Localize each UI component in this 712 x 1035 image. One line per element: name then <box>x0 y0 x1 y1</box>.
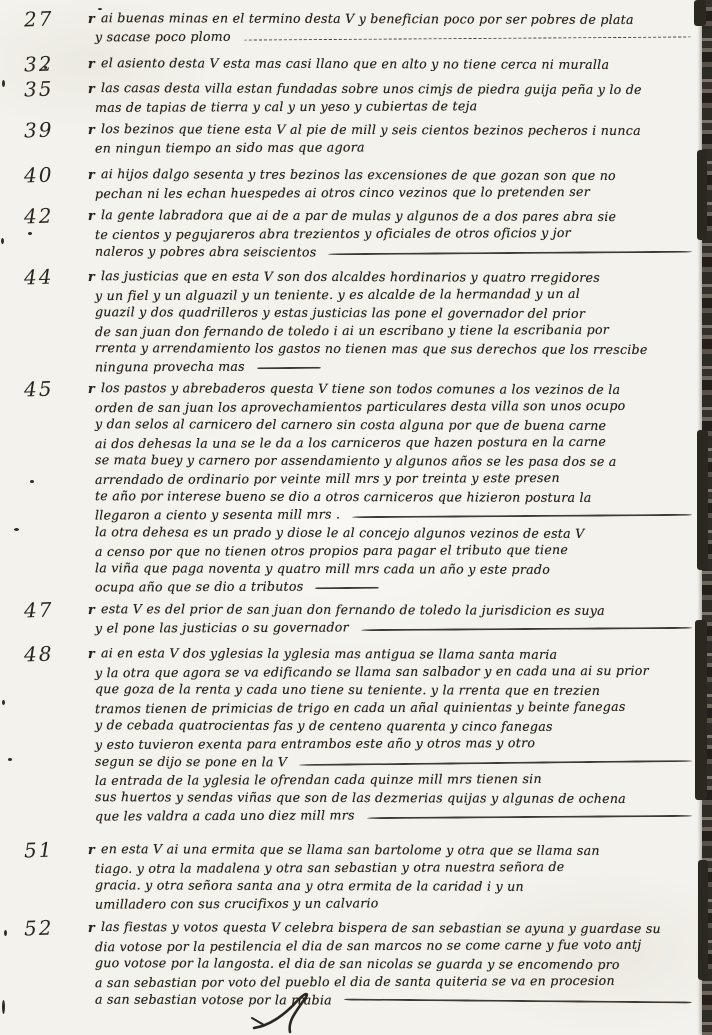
item-number: 48 <box>24 641 54 666</box>
item-number: 32 <box>24 51 54 76</box>
line-text: los bezinos que tiene esta V al pie de m… <box>101 121 641 138</box>
line-text: te año por interese bueno se dio a otros… <box>95 488 592 505</box>
line-text: ninguna provecha mas <box>95 359 245 375</box>
manuscript-line: dia votose por la pestilencia el dia de … <box>95 935 702 953</box>
line-text: a san sebastian por voto del pueblo el d… <box>95 973 615 990</box>
line-text: arrendado de ordinario por veinte mill m… <box>95 470 560 487</box>
manuscript-line: rla gente labradora que ai de a par de m… <box>88 205 702 223</box>
line-text: sus huertos y sendas viñas que son de la… <box>95 789 626 806</box>
item-row: 48rai en esta V dos yglesias la yglesia … <box>0 643 702 823</box>
ink-rule <box>352 514 692 518</box>
manuscript-line: rlas fiestas y votos questa V celebra bi… <box>88 917 702 935</box>
ink-rule <box>367 815 692 819</box>
line-text: la otra dehesa es un prado y diose le al… <box>95 524 585 541</box>
ink-speck <box>28 232 32 235</box>
manuscript-line: rai en esta V dos yglesias la yglesia ma… <box>88 643 702 661</box>
ink-speck <box>8 758 12 761</box>
manuscript-line: rai hijos dalgo sesenta y tres bezinos l… <box>88 164 702 182</box>
ink-speck <box>4 930 7 936</box>
paragraph-mark: r <box>88 269 95 284</box>
line-text: pechan ni les echan huespedes ai otros c… <box>95 184 590 201</box>
line-text: ai en esta V dos yglesias la yglesia mas… <box>101 645 557 662</box>
paragraph-mark: r <box>88 208 95 223</box>
line-text: se mata buey y carnero por assendamiento… <box>95 452 617 469</box>
ink-rule <box>257 367 321 369</box>
manuscript-line: y dan selos al carnicero del carnero sin… <box>95 414 702 432</box>
item-row: 52rlas fiestas y votos questa V celebra … <box>0 917 702 1007</box>
paragraph-mark: r <box>88 167 95 182</box>
paragraph-mark: r <box>88 56 95 71</box>
manuscript-line: naleros y pobres abra seiscientos <box>95 241 702 259</box>
line-text: y un fiel y un alguazil y un teniente. y… <box>95 286 580 303</box>
line-text: de san juan don fernando de toledo i ai … <box>95 322 609 339</box>
manuscript-line: mas de tapias de tierra y cal y un yeso … <box>95 96 702 114</box>
item-row: 35rlas casas desta villa estan fundadas … <box>0 78 702 114</box>
item-row: 42rla gente labradora que ai de a par de… <box>0 205 702 259</box>
item-row: 32rel asiento desta V esta mas casi llan… <box>0 53 702 71</box>
ink-rule <box>361 627 692 631</box>
item-row: 51ren esta V ai una ermita que se llama … <box>0 839 702 911</box>
manuscript-line: pechan ni les echan huespedes ai otros c… <box>95 182 702 200</box>
manuscript-line: guazil y dos quadrilleros y estas justic… <box>95 302 702 320</box>
line-text: segun se dijo se pone en la V <box>95 754 287 770</box>
manuscript-line: ai dos dehesas la una se le da a los car… <box>95 432 702 450</box>
item-number: 52 <box>24 915 54 940</box>
paragraph-mark: r <box>88 81 95 96</box>
item-number: 27 <box>24 6 54 31</box>
paragraph-mark: r <box>88 602 95 617</box>
line-text: ai buenas minas en el termino desta V y … <box>101 10 634 27</box>
line-text: las fiestas y votos questa V celebra bis… <box>101 919 661 936</box>
item-row: 47resta V es del prior de san juan don f… <box>0 599 702 635</box>
manuscript-line: rrenta y arrendamiento los gastos no tie… <box>95 338 702 356</box>
line-text: mas de tapias de tierra y cal y un yeso … <box>95 98 477 115</box>
line-text: que les valdra a cada uno diez mill mrs <box>95 807 355 823</box>
line-text: a censo por que no tienen otros propios … <box>95 542 568 559</box>
manuscript-line: rlas casas desta villa estan fundadas so… <box>88 78 702 96</box>
manuscript-line: la otra dehesa es un prado y diose le al… <box>95 522 702 540</box>
line-text: y esto tuvieron exenta para entrambos es… <box>95 735 535 752</box>
manuscript-line: que goza de la renta y cada uno tiene su… <box>95 679 702 697</box>
item-number: 45 <box>24 376 54 401</box>
manuscript-line: gracia. y otra señora santa ana y otra e… <box>95 875 702 893</box>
manuscript-line: ninguna provecha mas <box>95 356 702 374</box>
manuscript-line: y un fiel y un alguazil y un teniente. y… <box>95 284 702 302</box>
line-text: tiago. y otra la madalena y otra san seb… <box>95 859 565 876</box>
ink-rule <box>299 760 692 766</box>
item-number: 35 <box>24 76 54 101</box>
manuscript-line: y esto tuvieron exenta para entrambos es… <box>95 733 702 751</box>
edge-notch <box>697 430 708 570</box>
manuscript-line: te año por interese bueno se dio a otros… <box>95 486 702 504</box>
item-number: 47 <box>24 597 54 622</box>
ink-speck <box>2 80 5 87</box>
item-row: 45rlos pastos y abrebaderos questa V tie… <box>0 378 702 594</box>
item-number: 44 <box>24 264 54 289</box>
edge-notch <box>695 620 707 800</box>
line-text: ai dos dehesas la una se le da a los car… <box>95 434 606 451</box>
item-row: 44rlas justicias que en esta V son dos a… <box>0 266 702 374</box>
ink-speck <box>14 528 19 531</box>
line-text: tramos tienen de primicias de trigo en c… <box>95 699 626 716</box>
line-text: que goza de la renta y cada uno tiene su… <box>95 681 600 698</box>
paragraph-mark: r <box>88 920 95 935</box>
line-text: ocupa año que se dio a tributos <box>95 579 303 595</box>
line-text: dia votose por la pestilencia el dia de … <box>95 937 641 954</box>
manuscript-line: tiago. y otra la madalena y otra san seb… <box>95 857 702 875</box>
line-text: rrenta y arrendamiento los gastos no tie… <box>95 340 648 357</box>
line-text: y de cebada quatrocientas fas y de cente… <box>95 717 553 734</box>
edge-notch <box>694 0 706 26</box>
manuscript-line: te cientos y pegujareros abra trezientos… <box>95 223 702 241</box>
manuscript-body: 27rai buenas minas en el termino desta V… <box>0 0 702 1007</box>
manuscript-line: segun se dijo se pone en la V <box>95 751 702 769</box>
manuscript-line: rel asiento desta V esta mas casi llano … <box>88 53 702 71</box>
manuscript-page: 27rai buenas minas en el termino desta V… <box>0 0 712 1035</box>
manuscript-line: ren esta V ai una ermita que se llama sa… <box>88 839 702 857</box>
paragraph-mark: r <box>88 122 95 137</box>
line-text: la viña que paga noventa y quatro mill m… <box>95 560 550 577</box>
line-text: las casas desta villa estan fundadas sob… <box>101 80 642 97</box>
manuscript-line: de san juan don fernando de toledo i ai … <box>95 320 702 338</box>
ink-speck <box>30 480 34 483</box>
item-number: 39 <box>24 117 54 142</box>
line-text: te cientos y pegujareros abra trezientos… <box>95 225 571 242</box>
manuscript-line: se mata buey y carnero por assendamiento… <box>95 450 702 468</box>
manuscript-line: arrendado de ordinario por veinte mill m… <box>95 468 702 486</box>
paragraph-mark: r <box>88 842 95 857</box>
manuscript-line: y sacase poco plomo <box>95 26 702 44</box>
manuscript-line: rlas justicias que en esta V son dos alc… <box>88 266 702 284</box>
manuscript-line: que les valdra a cada uno diez mill mrs <box>95 805 702 823</box>
line-text: el asiento desta V esta mas casi llano q… <box>101 55 609 72</box>
line-text: guazil y dos quadrilleros y estas justic… <box>95 304 585 321</box>
manuscript-line: umilladero con sus crucifixos y un calva… <box>95 893 702 911</box>
ink-rule <box>315 587 379 589</box>
paragraph-mark: r <box>88 11 95 26</box>
manuscript-line: resta V es del prior de san juan don fer… <box>88 599 702 617</box>
item-number: 51 <box>24 837 54 862</box>
line-text: guo votose por la langosta. el dia de sa… <box>95 955 620 972</box>
line-text: gracia. y otra señora santa ana y otra e… <box>95 877 524 893</box>
ink-speck <box>1 238 4 244</box>
line-text: y dan selos al carnicero del carnero sin… <box>95 416 606 433</box>
ink-speck <box>98 8 102 10</box>
manuscript-line: guo votose por la langosta. el dia de sa… <box>95 953 702 971</box>
line-text: orden de san juan los aprovechamientos p… <box>95 398 626 415</box>
line-text: naleros y pobres abra seiscientos <box>95 244 317 260</box>
manuscript-line: a san sebastian por voto del pueblo el d… <box>95 971 702 989</box>
item-number: 42 <box>24 203 54 228</box>
manuscript-line: llegaron a ciento y sesenta mill mrs . <box>95 504 702 522</box>
manuscript-line: rai buenas minas en el termino desta V y… <box>88 8 702 26</box>
line-text: la entrada de la yglesia le ofrendan cad… <box>95 771 542 788</box>
manuscript-line: la entrada de la yglesia le ofrendan cad… <box>95 769 702 787</box>
line-text: umilladero con sus crucifixos y un calva… <box>95 895 379 911</box>
manuscript-line: tramos tienen de primicias de trigo en c… <box>95 697 702 715</box>
manuscript-line: sus huertos y sendas viñas que son de la… <box>95 787 702 805</box>
ink-rule <box>243 36 692 40</box>
manuscript-line: rlos bezinos que tiene esta V al pie de … <box>88 119 702 137</box>
line-text: y sacase poco plomo <box>95 29 231 45</box>
manuscript-line: rlos pastos y abrebaderos questa V tiene… <box>88 378 702 396</box>
edge-notch <box>698 860 708 980</box>
ink-rule <box>344 998 692 1003</box>
line-text: en ningun tiempo an sido mas que agora <box>95 139 365 155</box>
line-text: y el pone las justicias o su governador <box>95 619 349 635</box>
manuscript-line: y el pone las justicias o su governador <box>95 617 702 635</box>
paragraph-mark: r <box>88 381 95 396</box>
ink-rule <box>328 251 692 256</box>
manuscript-line: la viña que paga noventa y quatro mill m… <box>95 558 702 576</box>
manuscript-line: ocupa año que se dio a tributos <box>95 576 702 594</box>
paragraph-mark: r <box>88 646 95 661</box>
line-text: y la otra que agora se va edificando se … <box>95 663 649 680</box>
manuscript-line: en ningun tiempo an sido mas que agora <box>95 137 702 155</box>
line-text: en esta V ai una ermita que se llama san… <box>101 841 600 858</box>
line-text: las justicias que en esta V son dos alca… <box>101 268 600 285</box>
manuscript-line: orden de san juan los aprovechamientos p… <box>95 396 702 414</box>
item-row: 27rai buenas minas en el termino desta V… <box>0 8 702 44</box>
line-text: los pastos y abrebaderos questa V tiene … <box>101 380 620 397</box>
edge-notch <box>697 150 707 240</box>
ink-speck <box>2 1000 5 1014</box>
manuscript-line: y la otra que agora se va edificando se … <box>95 661 702 679</box>
line-text: ai hijos dalgo sesenta y tres bezinos la… <box>101 166 616 183</box>
ink-speck <box>44 66 47 69</box>
ink-speck <box>2 700 5 705</box>
line-text: llegaron a ciento y sesenta mill mrs . <box>95 506 340 522</box>
manuscript-line: a san sebastian votose por la rrabia <box>95 989 702 1007</box>
manuscript-line: y de cebada quatrocientas fas y de cente… <box>95 715 702 733</box>
item-number: 40 <box>24 162 54 187</box>
item-row: 39rlos bezinos que tiene esta V al pie d… <box>0 119 702 155</box>
pen-flourish <box>250 990 345 1035</box>
item-row: 40rai hijos dalgo sesenta y tres bezinos… <box>0 164 702 200</box>
line-text: esta V es del prior de san juan don fern… <box>101 601 605 618</box>
manuscript-line: a censo por que no tienen otros propios … <box>95 540 702 558</box>
line-text: la gente labradora que ai de a par de mu… <box>101 207 616 224</box>
